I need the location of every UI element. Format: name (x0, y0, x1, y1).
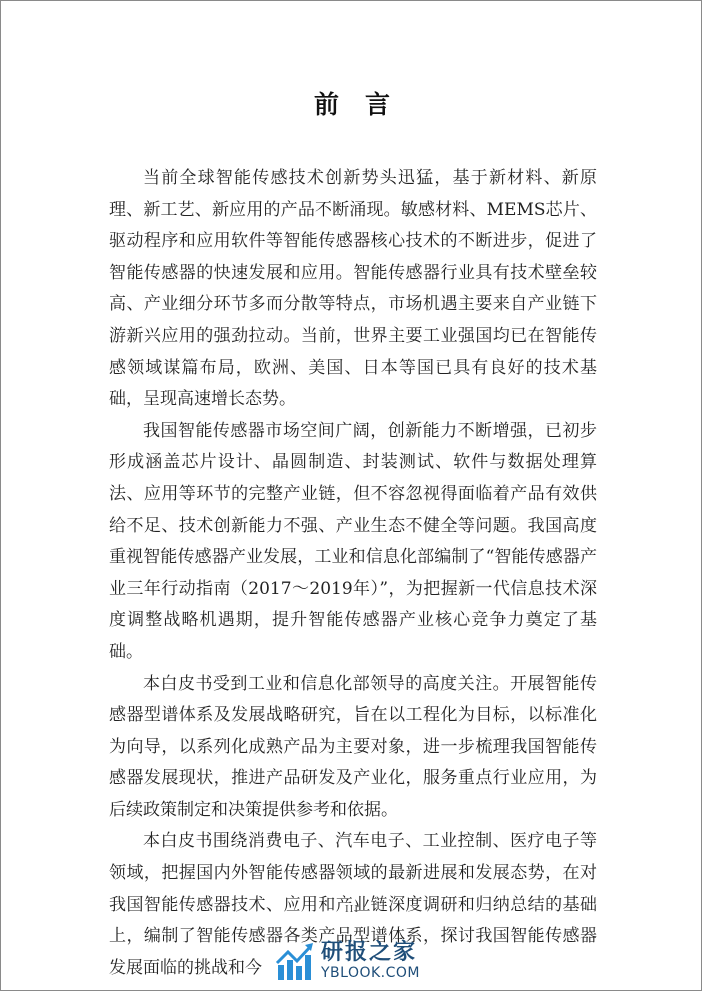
body-text: 当前全球智能传感技术创新势头迅猛，基于新材料、新原理、新工艺、新应用的产品不断涌… (109, 163, 597, 984)
watermark-name-cn: 研报之家 (321, 941, 420, 965)
watermark-logo: 研报之家 YBLOOK.COM (275, 939, 420, 983)
document-page: 前言 当前全球智能传感技术创新势头迅猛，基于新材料、新原理、新工艺、新应用的产品… (0, 0, 702, 991)
paragraph-3: 本白皮书受到工业和信息化部领导的高度关注。开展智能传感器型谱体系及发展战略研究，… (109, 669, 597, 827)
page-title: 前言 (1, 85, 702, 121)
page-number: III (1, 903, 702, 915)
paragraph-1: 当前全球智能传感技术创新势头迅猛，基于新材料、新原理、新工艺、新应用的产品不断涌… (109, 163, 597, 416)
growth-chart-icon (275, 941, 315, 981)
watermark-name-en: YBLOOK.COM (321, 965, 420, 981)
paragraph-2: 我国智能传感器市场空间广阔，创新能力不断增强，已初步形成涵盖芯片设计、晶圆制造、… (109, 416, 597, 669)
